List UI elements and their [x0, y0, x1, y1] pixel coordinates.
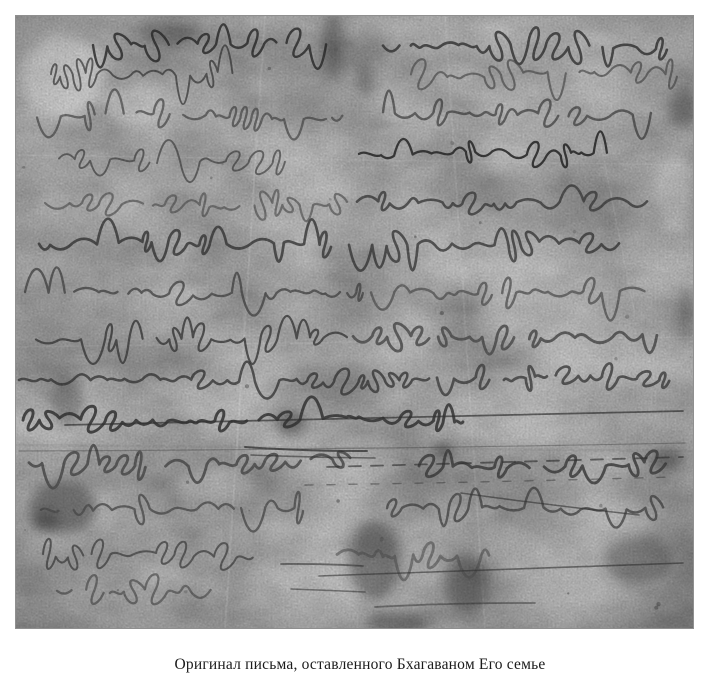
letter-photograph: [15, 15, 694, 629]
figure-caption: Оригинал письма, оставленного Бхагаваном…: [0, 655, 720, 675]
letter-photo-svg: [15, 15, 694, 629]
